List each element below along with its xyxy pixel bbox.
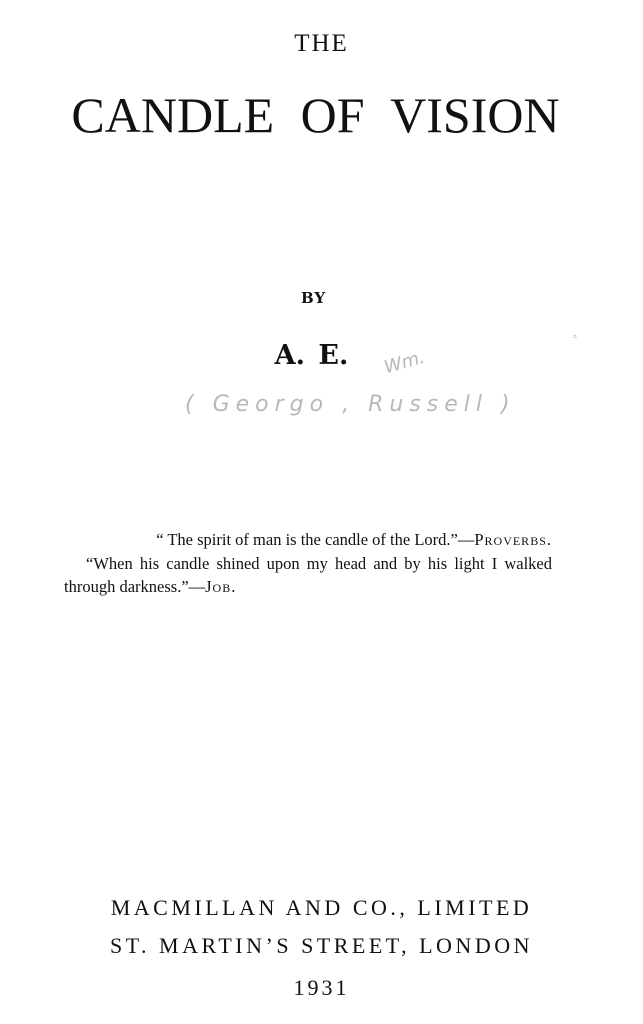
handwritten-annotation-full-name: ( Georgo , Russell ) xyxy=(185,392,516,417)
epigraph: “ The spirit of man is the candle of the… xyxy=(64,528,552,599)
quote-source: Job. xyxy=(205,577,236,596)
publication-year: 1931 xyxy=(0,975,643,1001)
publisher-address: ST. MARTIN’S STREET, LONDON xyxy=(0,933,643,959)
publisher-name: MACMILLAN AND CO., LIMITED xyxy=(0,895,643,921)
handwritten-mark: ° xyxy=(572,333,578,346)
epigraph-quote-proverbs: “ The spirit of man is the candle of the… xyxy=(64,528,552,552)
quote-text: “When his candle shined upon my head and… xyxy=(64,554,552,597)
by-label: BY xyxy=(0,289,635,307)
book-title: CANDLE OF VISION xyxy=(0,86,637,144)
pre-title: THE xyxy=(0,30,643,58)
quote-source: Proverbs. xyxy=(474,530,552,549)
epigraph-quote-job: “When his candle shined upon my head and… xyxy=(64,552,552,599)
author-name: A. E. xyxy=(0,340,633,371)
quote-text: “ The spirit of man is the candle of the… xyxy=(156,530,474,549)
